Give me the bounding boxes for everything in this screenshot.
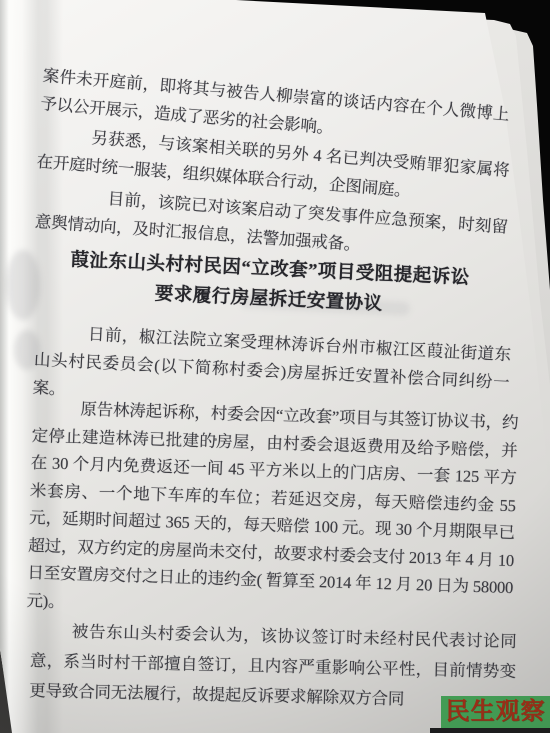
paragraph-plaintiff-claims: 原告林涛起诉称，村委会因“立改套”项目与其签订协议书，约定停止建造林涛已批建的房… — [26, 394, 519, 629]
watermark-minsheng-guancha: 民生观察 — [441, 696, 550, 728]
document-photo: 案件未开庭前，即将其与被告人柳崇富的谈话内容在个人微博上予以公开展示，造成了恶劣… — [0, 0, 550, 733]
document-text: 案件未开庭前，即将其与被告人柳崇富的谈话内容在个人微博上予以公开展示，造成了恶劣… — [0, 0, 550, 733]
photo-bottom-edge-shadow — [430, 728, 550, 733]
